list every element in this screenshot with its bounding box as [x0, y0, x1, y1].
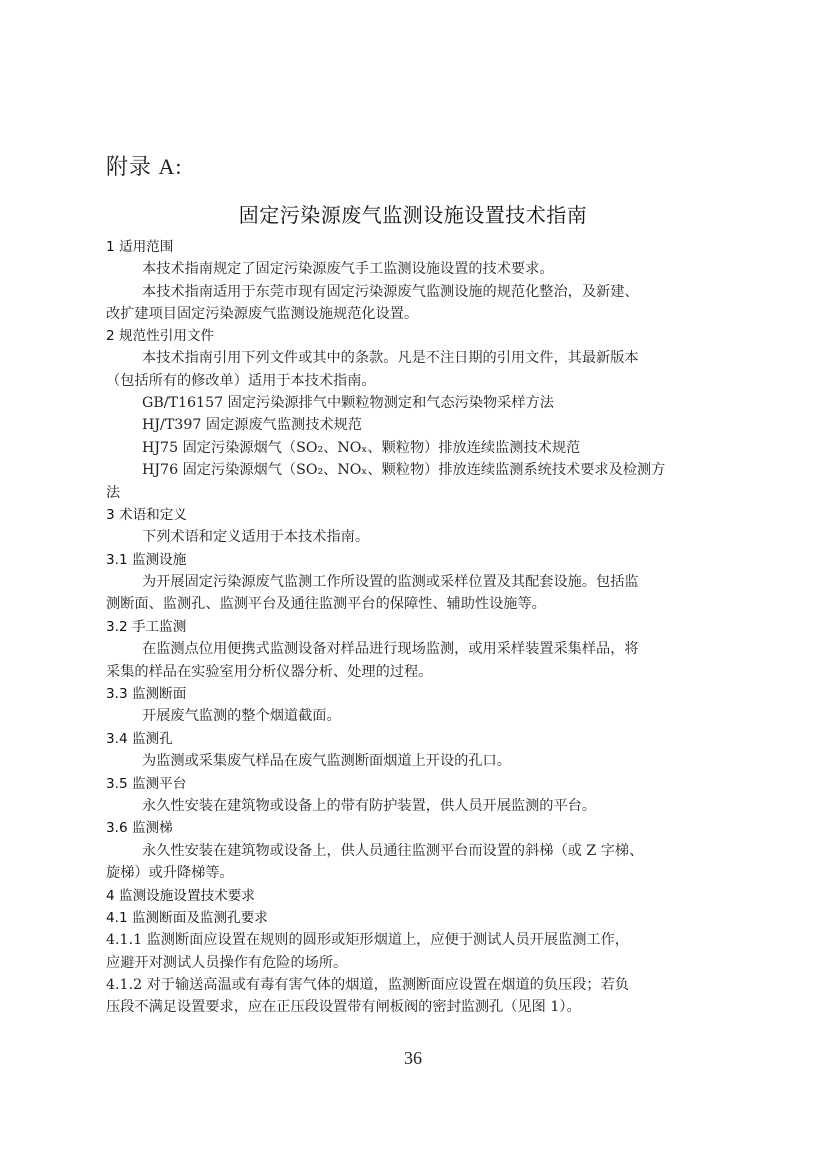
paragraph-line: 4.1.2 对于输送高温或有毒有害气体的烟道，监测断面应设置在烟道的负压段；若负	[106, 975, 629, 995]
paragraph-line: 旋梯）或升降梯等。	[106, 863, 234, 883]
paragraph-line: 本技术指南适用于东莞市现有固定污染源废气监测设施的规范化整治，及新建、	[142, 282, 639, 302]
section-heading: 4.1 监测断面及监测孔要求	[106, 908, 268, 928]
section-heading: 3.6 监测梯	[106, 818, 173, 838]
paragraph-line: 在监测点位用便携式监测设备对样品进行现场监测，或用采样装置采集样品，将	[142, 639, 639, 659]
paragraph-line: 本技术指南规定了固定污染源废气手工监测设施设置的技术要求。	[142, 259, 553, 279]
paragraph-line: HJ/T397 固定源废气监测技术规范	[142, 415, 362, 435]
paragraph-line: 应避开对测试人员操作有危险的场所。	[106, 953, 347, 973]
section-heading: 1 适用范围	[106, 237, 173, 257]
paragraph-line: 本技术指南引用下列文件或其中的条款。凡是不注日期的引用文件，其最新版本	[142, 348, 639, 368]
paragraph-line: 测断面、监测孔、监测平台及通往监测平台的保障性、辅助性设施等。	[106, 594, 546, 614]
appendix-label: 附录 A:	[106, 150, 183, 181]
document-page: 附录 A: 固定污染源废气监测设施设置技术指南 1 适用范围本技术指南规定了固定…	[0, 0, 826, 1169]
page-number: 36	[0, 1048, 826, 1069]
paragraph-line: 压段不满足设置要求，应在正压段设置带有闸板阀的密封监测孔（见图 1）。	[106, 997, 581, 1017]
section-heading: 4 监测设施设置技术要求	[106, 886, 255, 906]
paragraph-line: 改扩建项目固定污染源废气监测设施规范化设置。	[106, 304, 418, 324]
section-heading: 3.5 监测平台	[106, 774, 186, 794]
paragraph-line: 为监测或采集废气样品在废气监测断面烟道上开设的孔口。	[142, 751, 511, 771]
paragraph-line: 4.1.1 监测断面应设置在规则的圆形或矩形烟道上，应便于测试人员开展监测工作，	[106, 930, 629, 950]
paragraph-line: GB/T16157 固定污染源排气中颗粒物测定和气态污染物采样方法	[142, 393, 554, 413]
paragraph-line: 采集的样品在实验室用分析仪器分析、处理的过程。	[106, 662, 432, 682]
paragraph-line: 开展废气监测的整个烟道截面。	[142, 706, 341, 726]
section-heading: 3 术语和定义	[106, 505, 187, 525]
section-heading: 3.3 监测断面	[106, 684, 186, 704]
paragraph-line: 为开展固定污染源废气监测工作所设置的监测或采样位置及其配套设施。包括监	[142, 572, 639, 592]
paragraph-line: 永久性安装在建筑物或设备上，供人员通往监测平台而设置的斜梯（或 Z 字梯、	[142, 841, 643, 861]
paragraph-line: HJ76 固定污染源烟气（SO₂、NOₓ、颗粒物）排放连续监测系统技术要求及检测…	[142, 460, 665, 480]
section-heading: 3.4 监测孔	[106, 729, 173, 749]
paragraph-line: 法	[106, 483, 120, 503]
paragraph-line: HJ75 固定污染源烟气（SO₂、NOₓ、颗粒物）排放连续监测技术规范	[142, 438, 580, 458]
section-heading: 2 规范性引用文件	[106, 326, 214, 346]
section-heading: 3.1 监测设施	[106, 550, 186, 570]
paragraph-line: 永久性安装在建筑物或设备上的带有防护装置，供人员开展监测的平台。	[142, 796, 596, 816]
paragraph-line: 下列术语和定义适用于本技术指南。	[142, 527, 369, 547]
paragraph-line: （包括所有的修改单）适用于本技术指南。	[106, 371, 376, 391]
document-title: 固定污染源废气监测设施设置技术指南	[0, 199, 826, 228]
section-heading: 3.2 手工监测	[106, 617, 186, 637]
